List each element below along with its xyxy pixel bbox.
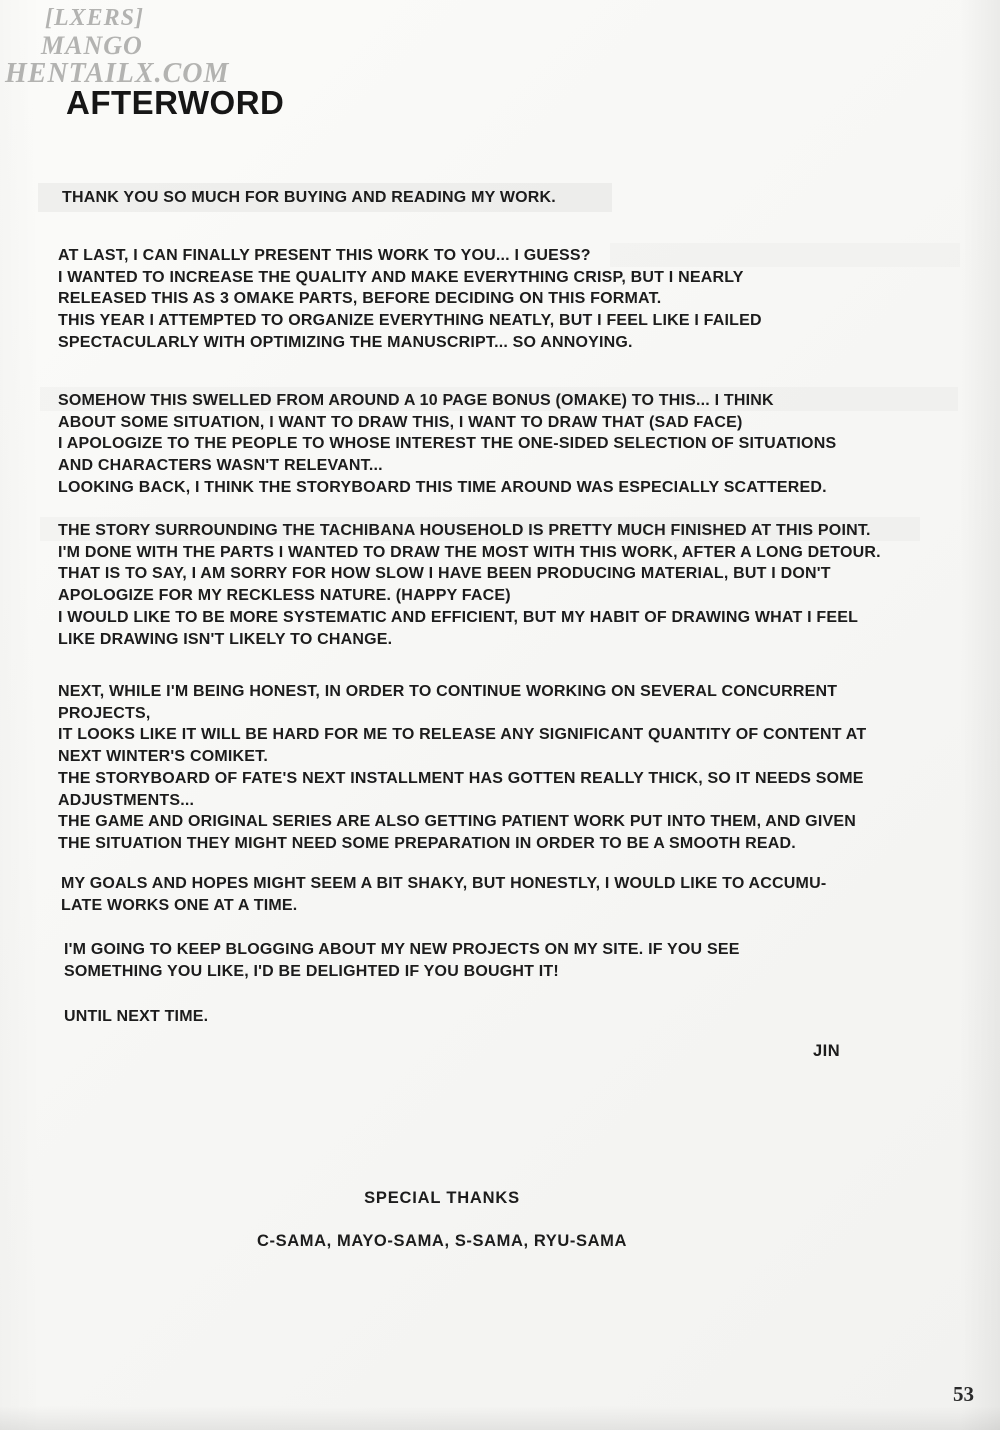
special-thanks-heading: SPECIAL THANKS bbox=[364, 1189, 520, 1208]
afterword-paragraph-7: I'M GOING TO KEEP BLOGGING ABOUT MY NEW … bbox=[64, 939, 964, 982]
afterword-paragraph-6: MY GOALS AND HOPES MIGHT SEEM A BIT SHAK… bbox=[61, 873, 961, 916]
afterword-paragraph-3: SOMEHOW THIS SWELLED FROM AROUND A 10 PA… bbox=[58, 390, 958, 499]
page-number: 53 bbox=[953, 1382, 974, 1407]
afterword-paragraph-1: THANK YOU SO MUCH FOR BUYING AND READING… bbox=[62, 187, 962, 209]
afterword-paragraph-5: NEXT, WHILE I'M BEING HONEST, IN ORDER T… bbox=[58, 681, 958, 855]
closing-line: UNTIL NEXT TIME. bbox=[64, 1006, 964, 1028]
author-signature: JIN bbox=[813, 1042, 840, 1061]
scanned-page: [LXERS] MANGO HENTAILX.COM AFTERWORD THA… bbox=[0, 0, 1000, 1430]
afterword-paragraph-2: AT LAST, I CAN FINALLY PRESENT THIS WORK… bbox=[58, 245, 958, 354]
watermark-line-2: MANGO bbox=[41, 31, 143, 61]
afterword-paragraph-4: THE STORY SURROUNDING THE TACHIBANA HOUS… bbox=[58, 520, 958, 650]
watermark-line-1: [LXERS] bbox=[45, 5, 144, 32]
page-title: AFTERWORD bbox=[66, 84, 284, 122]
special-thanks-names: C-SAMA, MAYO-SAMA, S-SAMA, RYU-SAMA bbox=[257, 1232, 627, 1251]
